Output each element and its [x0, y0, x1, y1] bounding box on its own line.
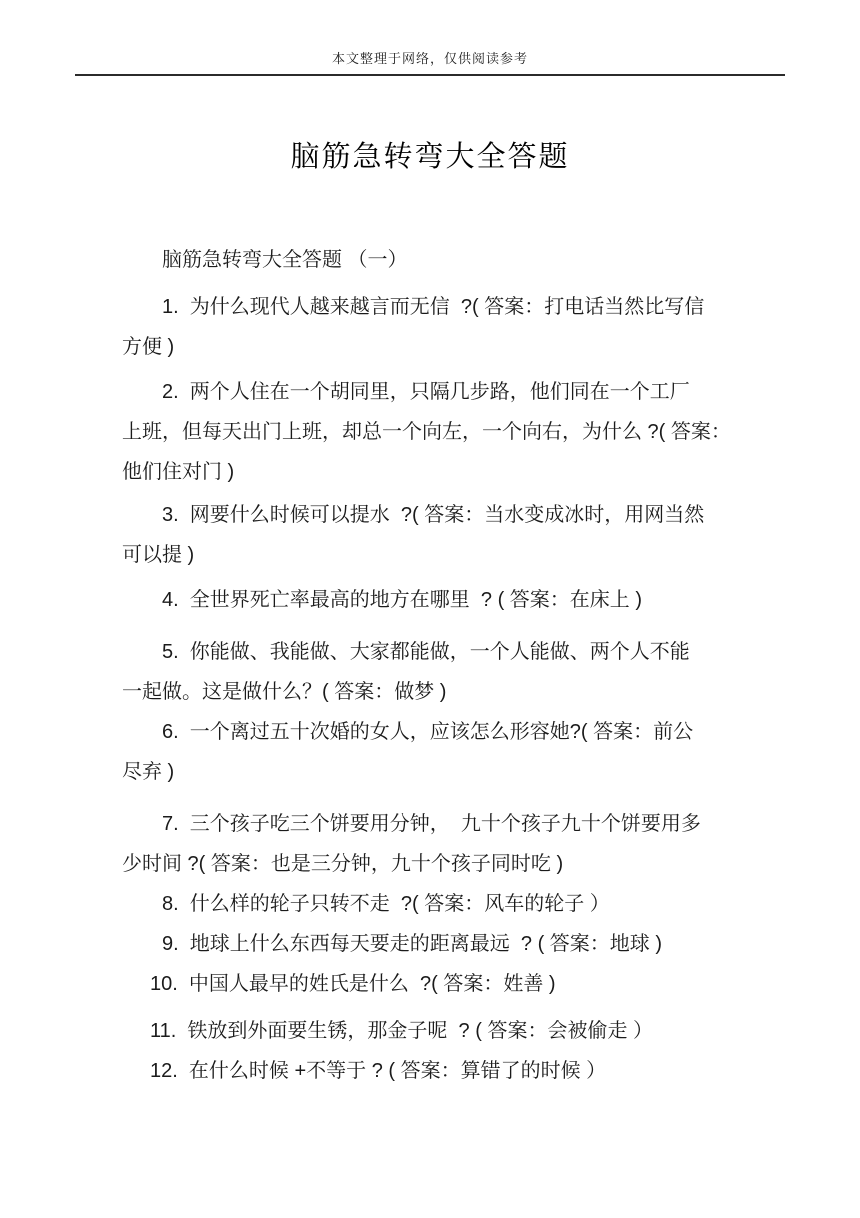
- qa-item-10: 10. 中国人最早的姓氏是什么 ?( 答案：姓善 ): [122, 964, 750, 1004]
- text-line: 上班，但每天出门上班，却总一个向左，一个向右，为什么 ?( 答案：: [122, 412, 750, 452]
- section-heading: 脑筋急转弯大全答题 （一）: [122, 240, 750, 280]
- text-line: 脑筋急转弯大全答题 （一）: [122, 240, 750, 280]
- qa-item-9: 9. 地球上什么东西每天要走的距离最远 ? ( 答案：地球 ): [122, 924, 750, 964]
- text-line: 11. 铁放到外面要生锈，那金子呢 ? ( 答案：会被偷走 ）: [122, 1011, 750, 1051]
- qa-item-7: 7. 三个孩子吃三个饼要用分钟， 九十个孩子九十个饼要用多 少时间 ?( 答案：…: [122, 804, 750, 884]
- qa-item-8: 8. 什么样的轮子只转不走 ?( 答案：风车的轮子 ）: [122, 884, 750, 924]
- qa-item-12: 12. 在什么时候 +不等于 ? ( 答案：算错了的时候 ）: [122, 1051, 750, 1091]
- header-note: 本文整理于网络，仅供阅读参考: [75, 0, 785, 74]
- text-line: 12. 在什么时候 +不等于 ? ( 答案：算错了的时候 ）: [122, 1051, 750, 1091]
- text-line: 7. 三个孩子吃三个饼要用分钟， 九十个孩子九十个饼要用多: [122, 804, 750, 844]
- qa-item-11: 11. 铁放到外面要生锈，那金子呢 ? ( 答案：会被偷走 ）: [122, 1011, 750, 1051]
- text-line: 方便 ): [122, 327, 750, 367]
- text-line: 9. 地球上什么东西每天要走的距离最远 ? ( 答案：地球 ): [122, 924, 750, 964]
- text-line: 1. 为什么现代人越来越言而无信 ?( 答案：打电话当然比写信: [122, 287, 750, 327]
- text-line: 3. 网要什么时候可以提水 ?( 答案：当水变成冰时，用网当然: [122, 495, 750, 535]
- text-line: 他们住对门 ): [122, 452, 750, 492]
- text-line: 一起做。这是做什么？( 答案：做梦 ): [122, 672, 750, 712]
- text-line: 6. 一个离过五十次婚的女人，应该怎么形容她?( 答案：前公: [122, 712, 750, 752]
- qa-item-4: 4. 全世界死亡率最高的地方在哪里 ? ( 答案：在床上 ): [122, 580, 750, 620]
- text-line: 5. 你能做、我能做、大家都能做，一个人能做、两个人不能: [122, 632, 750, 672]
- text-line: 可以提 ): [122, 535, 750, 575]
- text-line: 4. 全世界死亡率最高的地方在哪里 ? ( 答案：在床上 ): [122, 580, 750, 620]
- header-divider: [75, 74, 785, 76]
- text-line: 少时间 ?( 答案：也是三分钟，九十个孩子同时吃 ): [122, 844, 750, 884]
- qa-item-3: 3. 网要什么时候可以提水 ?( 答案：当水变成冰时，用网当然 可以提 ): [122, 495, 750, 575]
- document-page: 本文整理于网络，仅供阅读参考 脑筋急转弯大全答题 脑筋急转弯大全答题 （一） 1…: [0, 0, 860, 1218]
- page-title: 脑筋急转弯大全答题: [0, 140, 860, 174]
- text-line: 8. 什么样的轮子只转不走 ?( 答案：风车的轮子 ）: [122, 884, 750, 924]
- qa-item-5: 5. 你能做、我能做、大家都能做，一个人能做、两个人不能 一起做。这是做什么？(…: [122, 632, 750, 712]
- text-line: 10. 中国人最早的姓氏是什么 ?( 答案：姓善 ): [122, 964, 750, 1004]
- text-line: 2. 两个人住在一个胡同里，只隔几步路，他们同在一个工厂: [122, 372, 750, 412]
- qa-item-1: 1. 为什么现代人越来越言而无信 ?( 答案：打电话当然比写信 方便 ): [122, 287, 750, 367]
- text-line: 尽弃 ): [122, 752, 750, 792]
- qa-item-6: 6. 一个离过五十次婚的女人，应该怎么形容她?( 答案：前公 尽弃 ): [122, 712, 750, 792]
- document-body: 脑筋急转弯大全答题 （一） 1. 为什么现代人越来越言而无信 ?( 答案：打电话…: [122, 240, 750, 1091]
- qa-item-2: 2. 两个人住在一个胡同里，只隔几步路，他们同在一个工厂 上班，但每天出门上班，…: [122, 372, 750, 492]
